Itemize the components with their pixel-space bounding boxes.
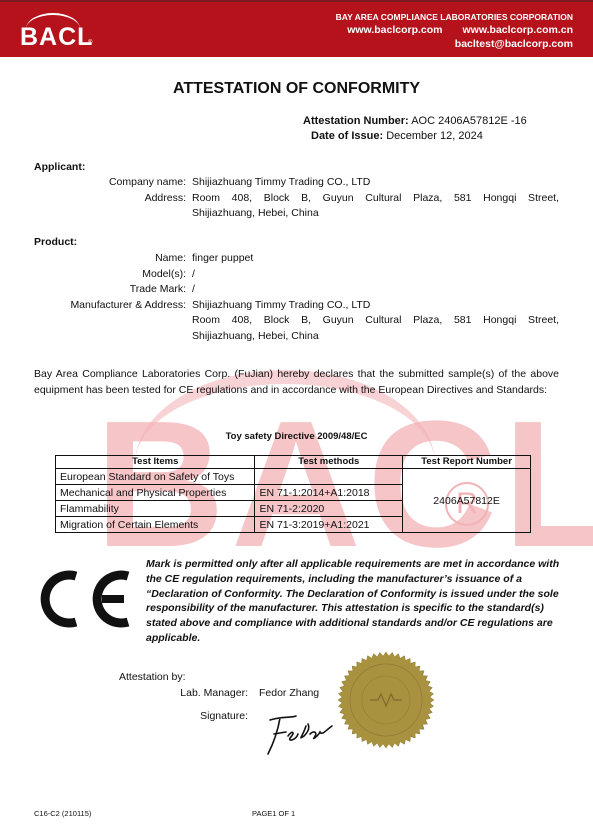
manufacturer-label: Manufacturer & Address: xyxy=(34,298,192,345)
lab-manager-label: Lab. Manager: xyxy=(150,687,248,699)
letterhead-banner: BACL ® BAY AREA COMPLIANCE LABORATORIES … xyxy=(0,0,593,57)
address-label: Address: xyxy=(34,191,192,222)
signature-icon xyxy=(262,712,334,758)
form-code: C16-C2 (210115) xyxy=(34,809,91,818)
issue-date: December 12, 2024 xyxy=(386,130,483,142)
bacl-logo: BACL ® xyxy=(20,10,100,50)
test-method xyxy=(255,469,403,485)
header-test-items: Test Items xyxy=(56,456,255,469)
company-name: BAY AREA COMPLIANCE LABORATORIES CORPORA… xyxy=(336,11,573,23)
date-label: Date of Issue: xyxy=(311,130,383,142)
test-item: European Standard on Safety of Toys xyxy=(56,469,255,485)
applicant-heading: Applicant: xyxy=(34,161,85,173)
product-heading: Product: xyxy=(34,236,77,248)
test-item: Mechanical and Physical Properties xyxy=(56,485,255,501)
directive-title: Toy safety Directive 2009/48/EC xyxy=(0,431,593,442)
product-name-label: Name: xyxy=(34,251,192,267)
product-details: Name: finger puppet Model(s): / Trade Ma… xyxy=(34,251,559,344)
logo-text: BACL xyxy=(20,23,93,52)
table-header-row: Test Items Test methods Test Report Numb… xyxy=(56,456,531,469)
test-item: Flammability xyxy=(56,501,255,517)
declaration-text: Bay Area Compliance Laboratories Corp. (… xyxy=(34,366,559,398)
applicant-details: Company name: Shijiazhuang Timmy Trading… xyxy=(34,175,559,222)
applicant-address-line2: Shijiazhuang, Hebei, China xyxy=(192,206,559,222)
manufacturer-name: Shijiazhuang Timmy Trading CO., LTD xyxy=(192,298,559,314)
signature-label: Signature: xyxy=(150,710,248,722)
applicant-address-line1: Room 408, Block B, Guyun Cultural Plaza,… xyxy=(192,191,559,207)
manufacturer-address-line1: Room 408, Block B, Guyun Cultural Plaza,… xyxy=(192,313,559,329)
website-cn-link[interactable]: www.baclcorp.com.cn xyxy=(463,24,573,36)
test-item: Migration of Certain Elements xyxy=(56,517,255,533)
product-trademark: / xyxy=(192,282,559,298)
header-report-number: Test Report Number xyxy=(403,456,531,469)
email-link[interactable]: bacltest@baclcorp.com xyxy=(455,38,573,50)
test-results-table: Test Items Test methods Test Report Numb… xyxy=(55,455,531,533)
attestation-meta: Attestation Number: AOC 2406A57812E -16 … xyxy=(303,114,527,144)
attestation-number: AOC 2406A57812E -16 xyxy=(411,115,527,127)
attestation-heading: Attestation by: xyxy=(119,671,186,683)
page-number: PAGE1 OF 1 xyxy=(252,809,295,818)
test-method: EN 71-1:2014+A1:2018 xyxy=(255,485,403,501)
company-seal-icon xyxy=(336,650,436,750)
page-title: ATTESTATION OF CONFORMITY xyxy=(0,80,593,98)
ce-statement: Mark is permitted only after all applica… xyxy=(146,557,561,646)
lab-manager-name: Fedor Zhang xyxy=(259,687,319,699)
company-contact: BAY AREA COMPLIANCE LABORATORIES CORPORA… xyxy=(336,11,573,51)
model-label: Model(s): xyxy=(34,267,192,283)
registered-mark-icon: ® xyxy=(88,40,92,46)
header-test-methods: Test methods xyxy=(255,456,403,469)
ce-mark-icon xyxy=(36,568,136,630)
product-model: / xyxy=(192,267,559,283)
attestation-number-label: Attestation Number: xyxy=(303,115,409,127)
trademark-label: Trade Mark: xyxy=(34,282,192,298)
company-name-label: Company name: xyxy=(34,175,192,191)
website-link[interactable]: www.baclcorp.com xyxy=(347,24,442,36)
table-row: European Standard on Safety of Toys 2406… xyxy=(56,469,531,485)
test-report-number: 2406A57812E xyxy=(403,469,531,533)
product-name: finger puppet xyxy=(192,251,559,267)
test-method: EN 71-3:2019+A1:2021 xyxy=(255,517,403,533)
applicant-company: Shijiazhuang Timmy Trading CO., LTD xyxy=(192,175,559,191)
manufacturer-address-line2: Shijiazhuang, Hebei, China xyxy=(192,329,559,345)
test-method: EN 71-2:2020 xyxy=(255,501,403,517)
